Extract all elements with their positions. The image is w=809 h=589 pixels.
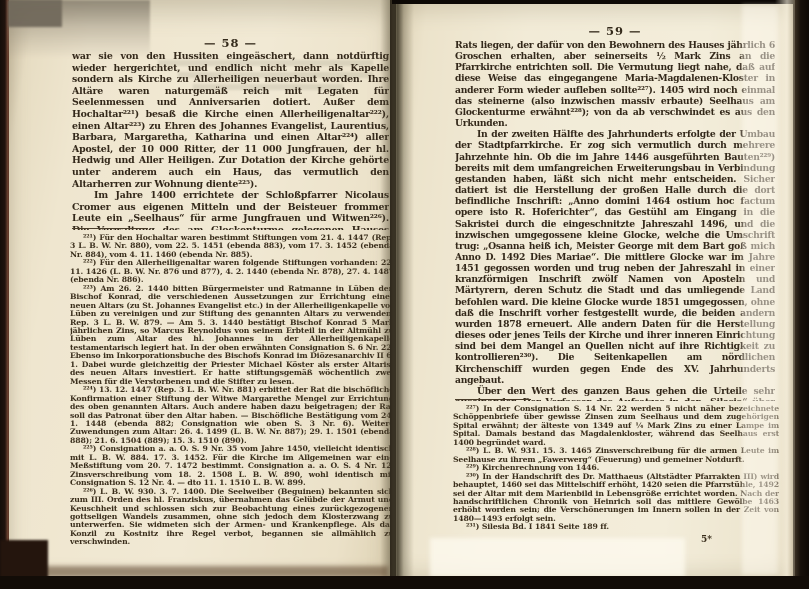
- footnote-text: Consignation a. a. O. S. 9 Nr. 35 vom Ja…: [70, 444, 390, 487]
- binding-edge-left: [0, 0, 9, 589]
- light-band-right: [742, 5, 778, 575]
- footnote-text: L. B. W. 930. 3. 7. 1400. Die Seelweiber…: [70, 487, 390, 547]
- page-left: — 58 — war sie von den Hussiten eingeäsc…: [8, 0, 390, 577]
- scan-edge-right: [795, 0, 809, 589]
- footnote-text: Für den Hochaltar waren bestimmt Stiftun…: [70, 234, 390, 259]
- paragraph: Im Jahre 1400 errichtete der Schloßpfarr…: [72, 190, 389, 230]
- page-number-right: — 59 —: [455, 24, 775, 38]
- footnote-marker: ²³¹): [466, 522, 479, 531]
- footnote: ²³⁰) In der Handschrift des Dr. Matthaeu…: [453, 473, 779, 524]
- light-patch-bottom: [430, 538, 685, 577]
- footnote-text: In der Consignation S. 14 Nr. 22 werden …: [453, 405, 779, 447]
- book-scan: — 58 — war sie von den Hussiten eingeäsc…: [0, 0, 809, 589]
- footnote: ²²⁵) Consignation a. a. O. S. 9 Nr. 35 v…: [70, 445, 390, 487]
- footnote-text: L. B. W. 931. 15. 3. 1465 Zinsverschreib…: [453, 446, 779, 463]
- footnote-text: Für den Allerheiligenaltar waren folgend…: [70, 258, 390, 284]
- scan-edge-bottom: [0, 576, 809, 589]
- page-right: — 59 — Rats liegen, der dafür von den Be…: [396, 3, 793, 577]
- page-gutter-shadow: [380, 0, 414, 589]
- footnote: ²³¹) Silesia Bd. I 1841 Seite 189 ff.: [453, 523, 779, 531]
- footnote-separator-right: [455, 399, 531, 400]
- footnote: ²²⁶) L. B. W. 930. 3. 7. 1400. Die Seelw…: [70, 488, 390, 547]
- footnote-text: In der Handschrift des Dr. Matthaeus (Al…: [453, 472, 779, 523]
- left-main-text: war sie von den Hussiten eingeäschert, d…: [72, 51, 389, 230]
- footnote-separator-left: [72, 228, 148, 229]
- scan-edge-top: [392, 0, 809, 4]
- shadow-band-top-left: [8, 0, 150, 58]
- footnote: ²²³) Am 26. 2. 1440 bitten Bürgermeister…: [70, 285, 390, 386]
- footnote: ²²¹) Für den Hochaltar waren bestimmt St…: [70, 234, 390, 259]
- footnote: ²²²) Für den Allerheiligenaltar waren fo…: [70, 259, 390, 284]
- footnote: ²²⁴) 13. 12. 1447 (Rep. 3 L. B. W. Nr. 8…: [70, 386, 390, 445]
- paragraph: war sie von den Hussiten eingeäschert, d…: [72, 51, 389, 190]
- right-footnotes: ²²⁷) In der Consignation S. 14 Nr. 22 we…: [453, 405, 779, 547]
- footnote-text: Am 26. 2. 1440 bitten Bürgermeister und …: [70, 284, 390, 386]
- footnote: ²²⁸) L. B. W. 931. 15. 3. 1465 Zinsversc…: [453, 447, 779, 464]
- right-main-text: Rats liegen, der dafür von den Bewohnern…: [455, 40, 775, 401]
- paragraph: Rats liegen, der dafür von den Bewohnern…: [455, 40, 775, 129]
- footnote: ²²⁷) In der Consignation S. 14 Nr. 22 we…: [453, 405, 779, 447]
- footnote-text: Silesia Bd. I 1841 Seite 189 ff.: [482, 522, 609, 531]
- page-edge-highlight-right: [775, 0, 795, 589]
- footnote-text: 13. 12. 1447 (Rep. 3 L. B. W. Nr. 881) e…: [70, 385, 390, 445]
- paragraph: In der zweiten Hälfte des Jahrhunderts e…: [455, 129, 775, 386]
- signature-mark: 5*: [701, 535, 712, 545]
- left-footnotes: ²²¹) Für den Hochaltar waren bestimmt St…: [70, 234, 390, 560]
